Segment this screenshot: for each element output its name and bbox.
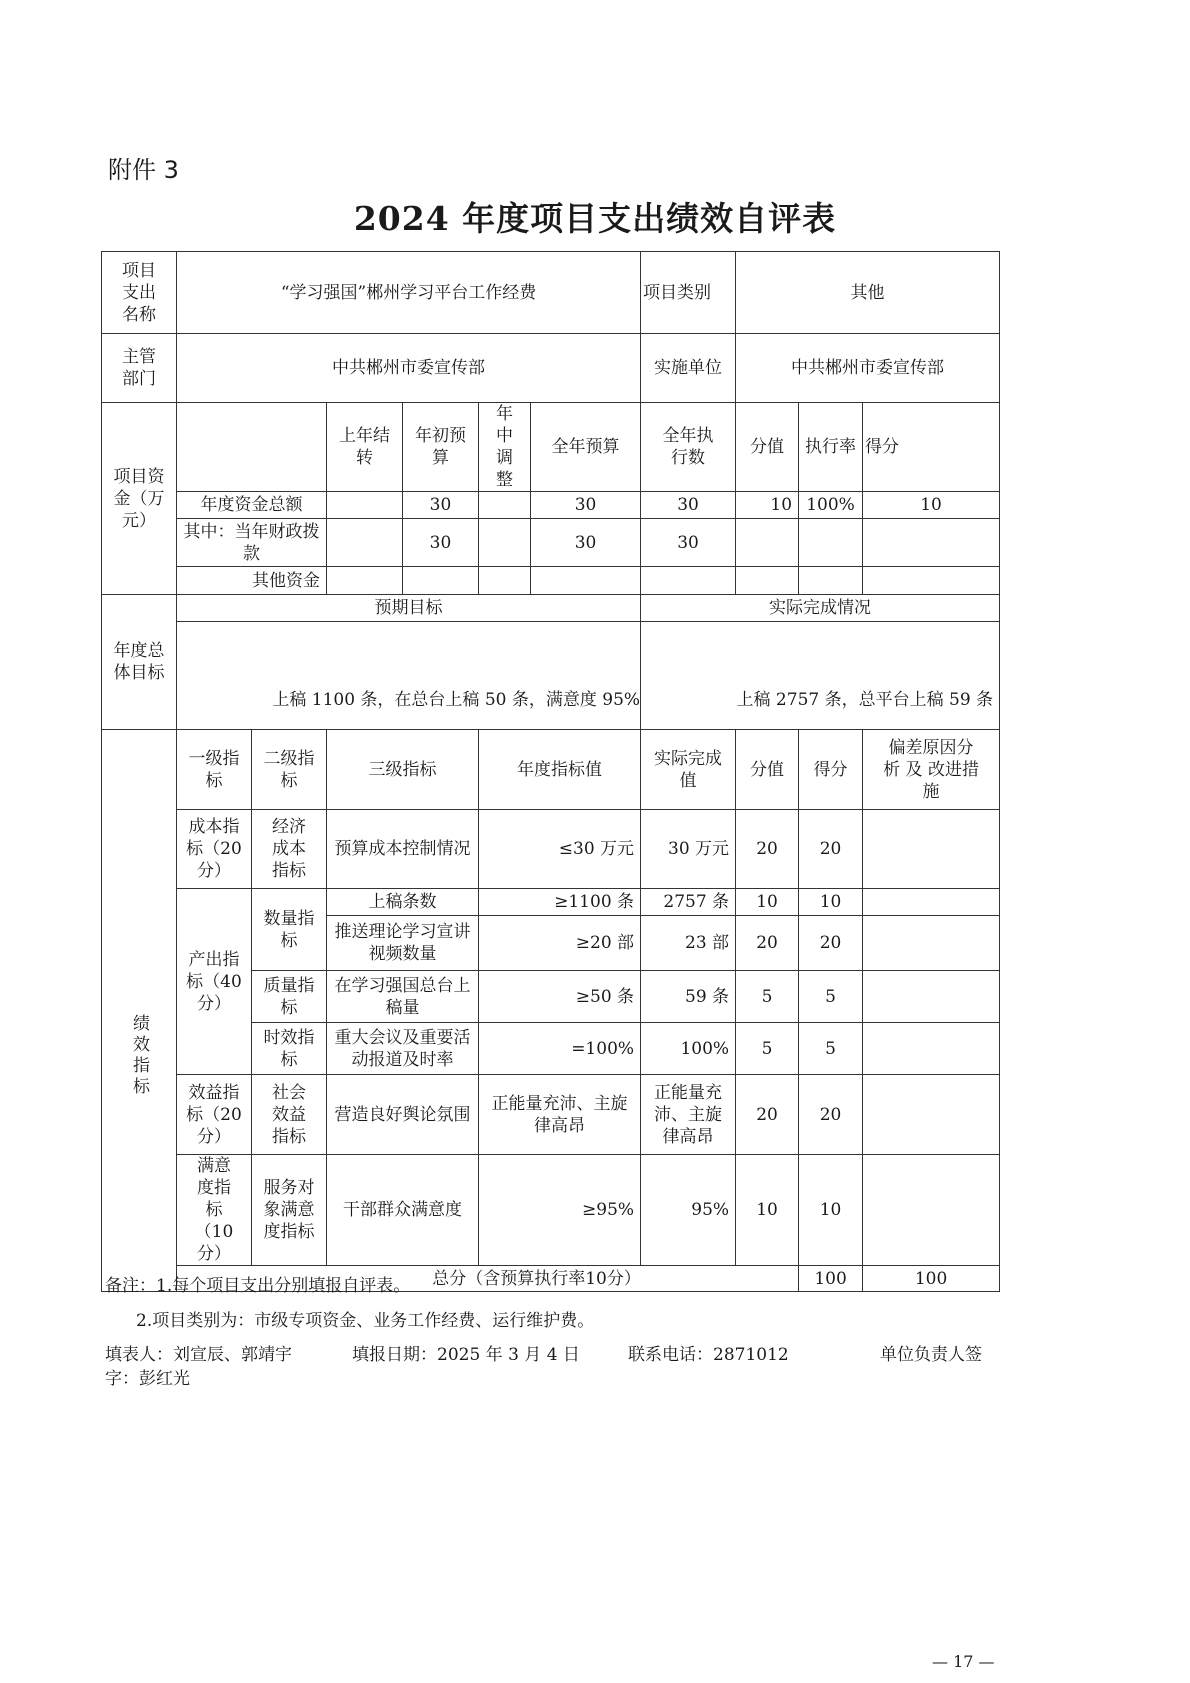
ind-target: ≥95% — [479, 1155, 641, 1266]
funds-cell — [403, 567, 479, 595]
ind-l2: 数量指标 — [252, 889, 327, 971]
ind-value: 5 — [736, 971, 799, 1023]
ind-target: 正能量充沛、主旋律高昂 — [479, 1075, 641, 1155]
funds-cell — [479, 567, 531, 595]
phone: 联系电话：2871012 — [628, 1340, 789, 1365]
ind-target: ≥1100 条 — [479, 889, 641, 916]
category-label: 项目类别 — [641, 252, 736, 334]
funds-header-carry: 上年结转 — [327, 403, 403, 492]
ind-header-reason: 偏差原因分析 及 改进措施 — [863, 730, 1000, 810]
funds-section-label: 项目资金（万元） — [102, 403, 177, 595]
signer-name: 字：彭红光 — [105, 1364, 190, 1389]
funds-header-blank — [177, 403, 327, 492]
ind-value: 5 — [736, 1023, 799, 1075]
ind-value: 20 — [736, 1075, 799, 1155]
attachment-label: 附件 3 — [108, 150, 179, 185]
ind-l3: 上稿条数 — [327, 889, 479, 916]
dept-value: 中共郴州市委宣传部 — [177, 334, 641, 403]
page-title: 2024 年度项目支出绩效自评表 — [0, 193, 1190, 240]
funds-cell — [799, 567, 863, 595]
filler: 填表人：刘宣辰、郭靖宇 — [105, 1340, 292, 1365]
project-name: “学习强国”郴州学习平台工作经费 — [177, 252, 641, 334]
ind-target: =100% — [479, 1023, 641, 1075]
dept-label: 主管部门 — [102, 334, 177, 403]
ind-l3: 重大会议及重要活动报道及时率 — [327, 1023, 479, 1075]
funds-cell: 10 — [863, 492, 1000, 519]
ind-target: ≤30 万元 — [479, 810, 641, 889]
ind-reason — [863, 810, 1000, 889]
ind-target: ≥20 部 — [479, 916, 641, 971]
funds-cell: 30 — [403, 492, 479, 519]
total-score: 100 — [863, 1266, 1000, 1292]
funds-cell — [327, 492, 403, 519]
goals-actual: 上稿 2757 条，总平台上稿 59 条 — [641, 622, 1000, 730]
funds-cell — [736, 567, 799, 595]
ind-value: 10 — [736, 1155, 799, 1266]
evaluation-table: 项目支出名称 “学习强国”郴州学习平台工作经费 项目类别 其他 主管部门 中共郴… — [101, 251, 1000, 1292]
funds-cell: 100% — [799, 492, 863, 519]
ind-score: 10 — [799, 889, 863, 916]
ind-l3: 在学习强国总台上稿量 — [327, 971, 479, 1023]
ind-header-l1: 一级指标 — [177, 730, 252, 810]
ind-reason — [863, 916, 1000, 971]
ind-header-l3: 三级指标 — [327, 730, 479, 810]
ind-reason — [863, 889, 1000, 916]
funds-cell — [479, 519, 531, 567]
ind-l2: 时效指标 — [252, 1023, 327, 1075]
ind-l3: 干部群众满意度 — [327, 1155, 479, 1266]
funds-cell: 30 — [641, 492, 736, 519]
funds-cell — [799, 519, 863, 567]
group-satisfaction: 满意度指标（10分） — [177, 1155, 252, 1266]
funds-cell: 30 — [531, 519, 641, 567]
funds-cell — [863, 519, 1000, 567]
funds-header-rate: 执行率 — [799, 403, 863, 492]
ind-target: ≥50 条 — [479, 971, 641, 1023]
ind-reason — [863, 1023, 1000, 1075]
funds-row-label: 其中：当年财政拨款 — [177, 519, 327, 567]
group-cost: 成本指标（20分） — [177, 810, 252, 889]
ind-actual: 2757 条 — [641, 889, 736, 916]
funds-cell — [327, 567, 403, 595]
ind-l2: 服务对象满意度指标 — [252, 1155, 327, 1266]
funds-header-annual: 全年预算 — [531, 403, 641, 492]
impl-label: 实施单位 — [641, 334, 736, 403]
ind-score: 20 — [799, 1075, 863, 1155]
funds-cell — [863, 567, 1000, 595]
ind-l2: 经济成本指标 — [252, 810, 327, 889]
ind-header-target: 年度指标值 — [479, 730, 641, 810]
note-1: 备注：1.每个项目支出分别填报自评表。 — [105, 1271, 410, 1296]
goals-actual-header: 实际完成情况 — [641, 595, 1000, 622]
group-output: 产出指标（40分） — [177, 889, 252, 1075]
note-2: 2.项目类别为：市级专项资金、业务工作经费、运行维护费。 — [136, 1306, 594, 1331]
ind-l2: 质量指标 — [252, 971, 327, 1023]
ind-score: 20 — [799, 916, 863, 971]
ind-l2: 社会效益指标 — [252, 1075, 327, 1155]
goals-section-label: 年度总体目标 — [102, 595, 177, 730]
funds-cell — [327, 519, 403, 567]
page-number: — 17 — — [932, 1652, 995, 1671]
ind-value: 20 — [736, 810, 799, 889]
total-value: 100 — [799, 1266, 863, 1292]
funds-cell — [531, 567, 641, 595]
ind-header-l2: 二级指标 — [252, 730, 327, 810]
signer-label: 单位负责人签 — [880, 1340, 982, 1365]
funds-cell: 10 — [736, 492, 799, 519]
ind-value: 20 — [736, 916, 799, 971]
funds-cell: 30 — [403, 519, 479, 567]
goals-expected-header: 预期目标 — [177, 595, 641, 622]
category-value: 其他 — [736, 252, 1000, 334]
funds-header-initial: 年初预算 — [403, 403, 479, 492]
fill-date: 填报日期：2025 年 3 月 4 日 — [352, 1340, 580, 1365]
funds-header-score: 得分 — [863, 403, 1000, 492]
funds-header-adjust: 年中调整 — [479, 403, 531, 492]
indicators-label-text: 绩效指标 — [129, 1014, 149, 1098]
funds-cell: 30 — [531, 492, 641, 519]
project-name-label: 项目支出名称 — [102, 252, 177, 334]
ind-reason — [863, 1155, 1000, 1266]
ind-actual: 59 条 — [641, 971, 736, 1023]
ind-actual: 正能量充沛、主旋律高昂 — [641, 1075, 736, 1155]
funds-header-executed: 全年执行数 — [641, 403, 736, 492]
ind-l3: 预算成本控制情况 — [327, 810, 479, 889]
indicators-section-label: 绩效指标 — [102, 730, 177, 1292]
ind-score: 5 — [799, 1023, 863, 1075]
ind-score: 5 — [799, 971, 863, 1023]
ind-header-score: 得分 — [799, 730, 863, 810]
ind-header-actual: 实际完成值 — [641, 730, 736, 810]
ind-reason — [863, 1075, 1000, 1155]
ind-l3: 推送理论学习宣讲视频数量 — [327, 916, 479, 971]
funds-header-score-value: 分值 — [736, 403, 799, 492]
ind-actual: 100% — [641, 1023, 736, 1075]
funds-cell — [641, 567, 736, 595]
funds-cell — [479, 492, 531, 519]
group-benefit: 效益指标（20分） — [177, 1075, 252, 1155]
ind-actual: 95% — [641, 1155, 736, 1266]
ind-score: 10 — [799, 1155, 863, 1266]
funds-cell — [736, 519, 799, 567]
funds-cell: 30 — [641, 519, 736, 567]
funds-row-label: 年度资金总额 — [177, 492, 327, 519]
impl-value: 中共郴州市委宣传部 — [736, 334, 1000, 403]
goals-expected: 上稿 1100 条，在总台上稿 50 条，满意度 95% — [177, 622, 641, 730]
ind-score: 20 — [799, 810, 863, 889]
ind-header-value: 分值 — [736, 730, 799, 810]
ind-actual: 23 部 — [641, 916, 736, 971]
ind-l3: 营造良好舆论氛围 — [327, 1075, 479, 1155]
ind-value: 10 — [736, 889, 799, 916]
ind-actual: 30 万元 — [641, 810, 736, 889]
funds-row-label: 其他资金 — [177, 567, 327, 595]
ind-reason — [863, 971, 1000, 1023]
